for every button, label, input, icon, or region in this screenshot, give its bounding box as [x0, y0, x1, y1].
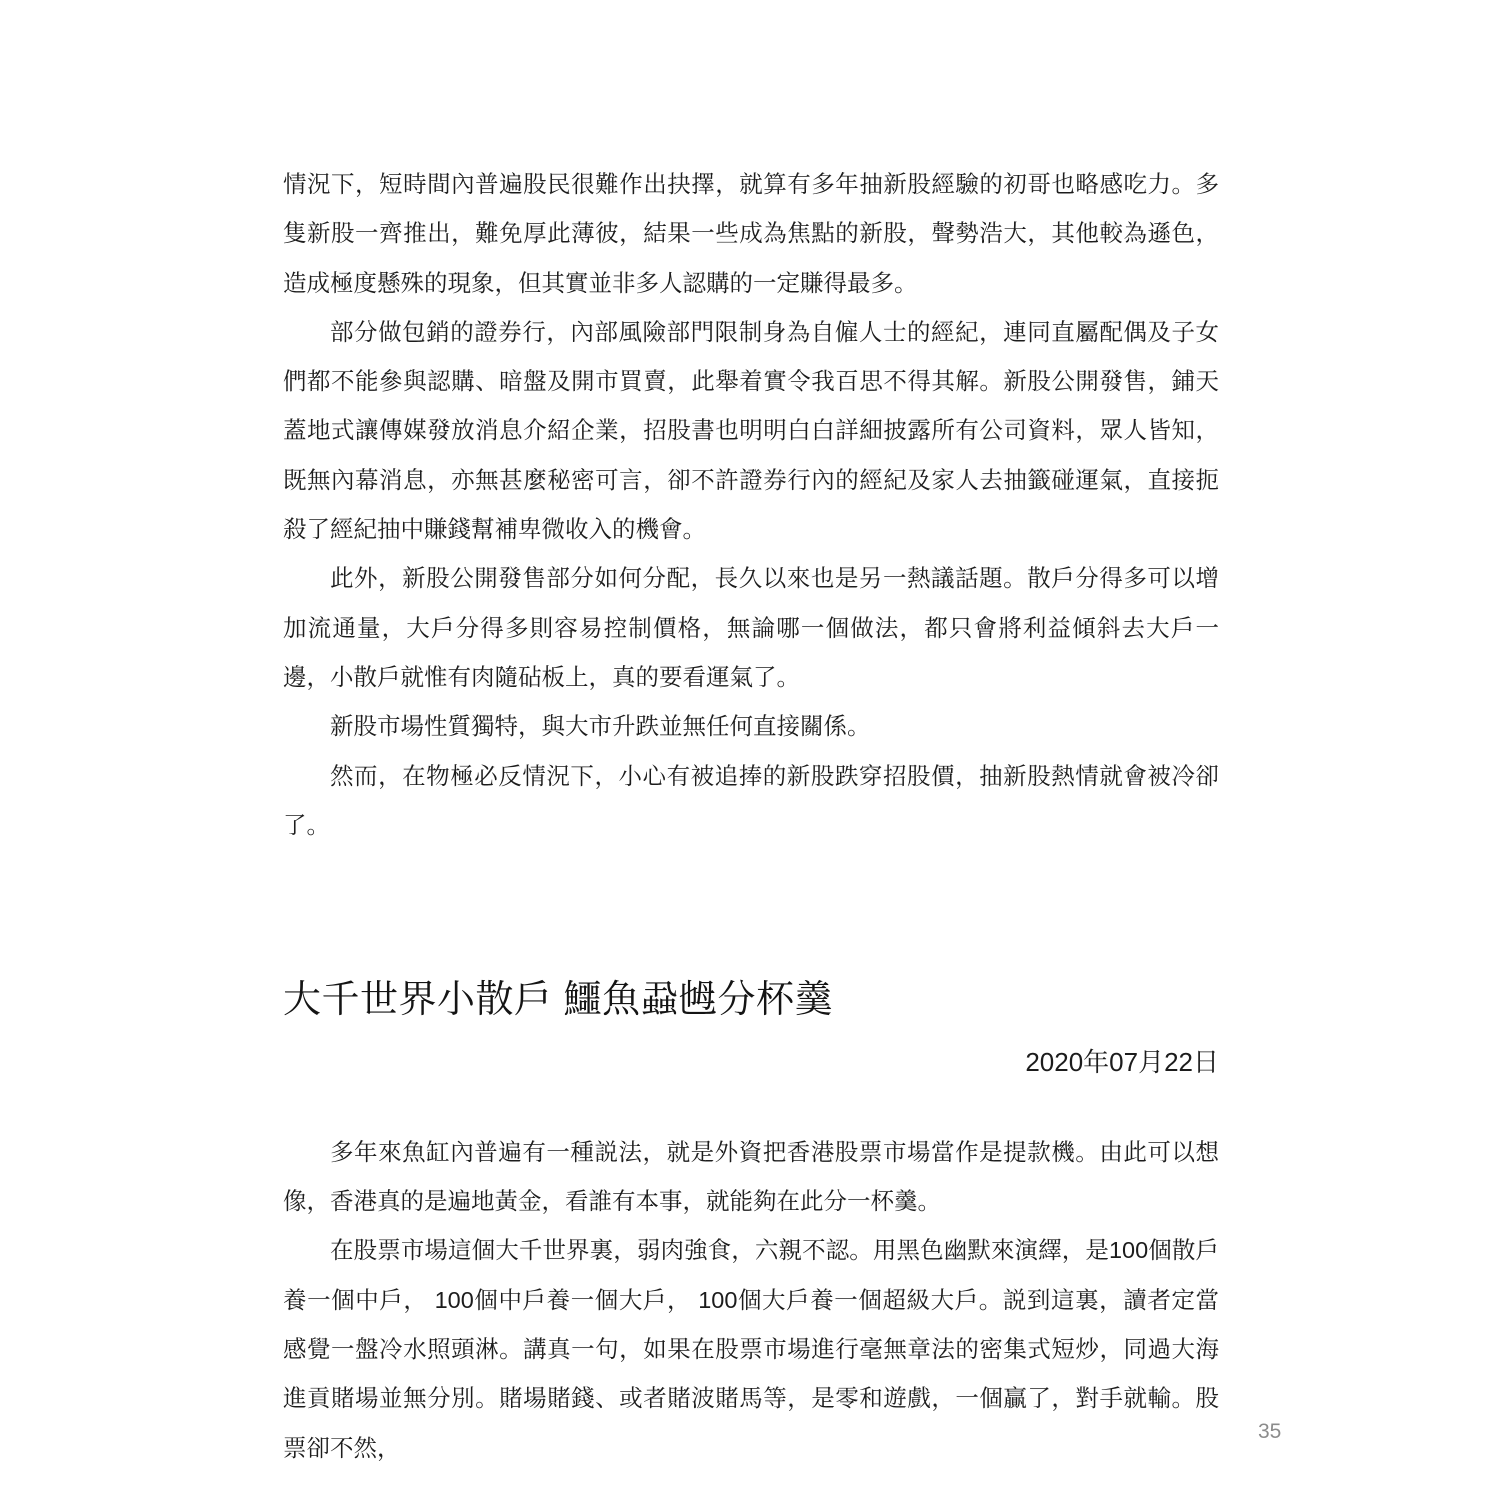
- article-paragraph: 多年來魚缸內普遍有一種説法，就是外資把香港股票市場當作是提款機。由此可以想像，香…: [283, 1128, 1219, 1227]
- article-title: 大千世界小散戶 鱷魚蝨乸分杯羹: [283, 976, 1219, 1025]
- article-paragraph: 在股票市場這個大千世界裏，弱肉強食，六親不認。用黑色幽默來演繹，是100個散戶養…: [283, 1226, 1219, 1472]
- continuation-paragraph: 然而，在物極必反情況下，小心有被追捧的新股跌穿招股價，抽新股熱情就會被冷卻了。: [283, 752, 1219, 851]
- document-page: 情況下，短時間內普遍股民很難作出抉擇，就算有多年抽新股經驗的初哥也略感吃力。多隻…: [0, 0, 1500, 1500]
- article-date: 2020年07月22日: [283, 1047, 1219, 1078]
- continuation-paragraph: 此外，新股公開發售部分如何分配，長久以來也是另一熱議話題。散戶分得多可以增加流通…: [283, 554, 1219, 702]
- continuation-paragraph: 情況下，短時間內普遍股民很難作出抉擇，就算有多年抽新股經驗的初哥也略感吃力。多隻…: [283, 160, 1219, 308]
- page-number: 35: [1258, 1420, 1281, 1444]
- continuation-paragraph: 部分做包銷的證券行，內部風險部門限制身為自僱人士的經紀，連同直屬配偶及子女們都不…: [283, 308, 1219, 554]
- text-column: 情況下，短時間內普遍股民很難作出抉擇，就算有多年抽新股經驗的初哥也略感吃力。多隻…: [283, 160, 1219, 1473]
- continuation-paragraph: 新股市場性質獨特，與大市升跌並無任何直接關係。: [283, 702, 1219, 751]
